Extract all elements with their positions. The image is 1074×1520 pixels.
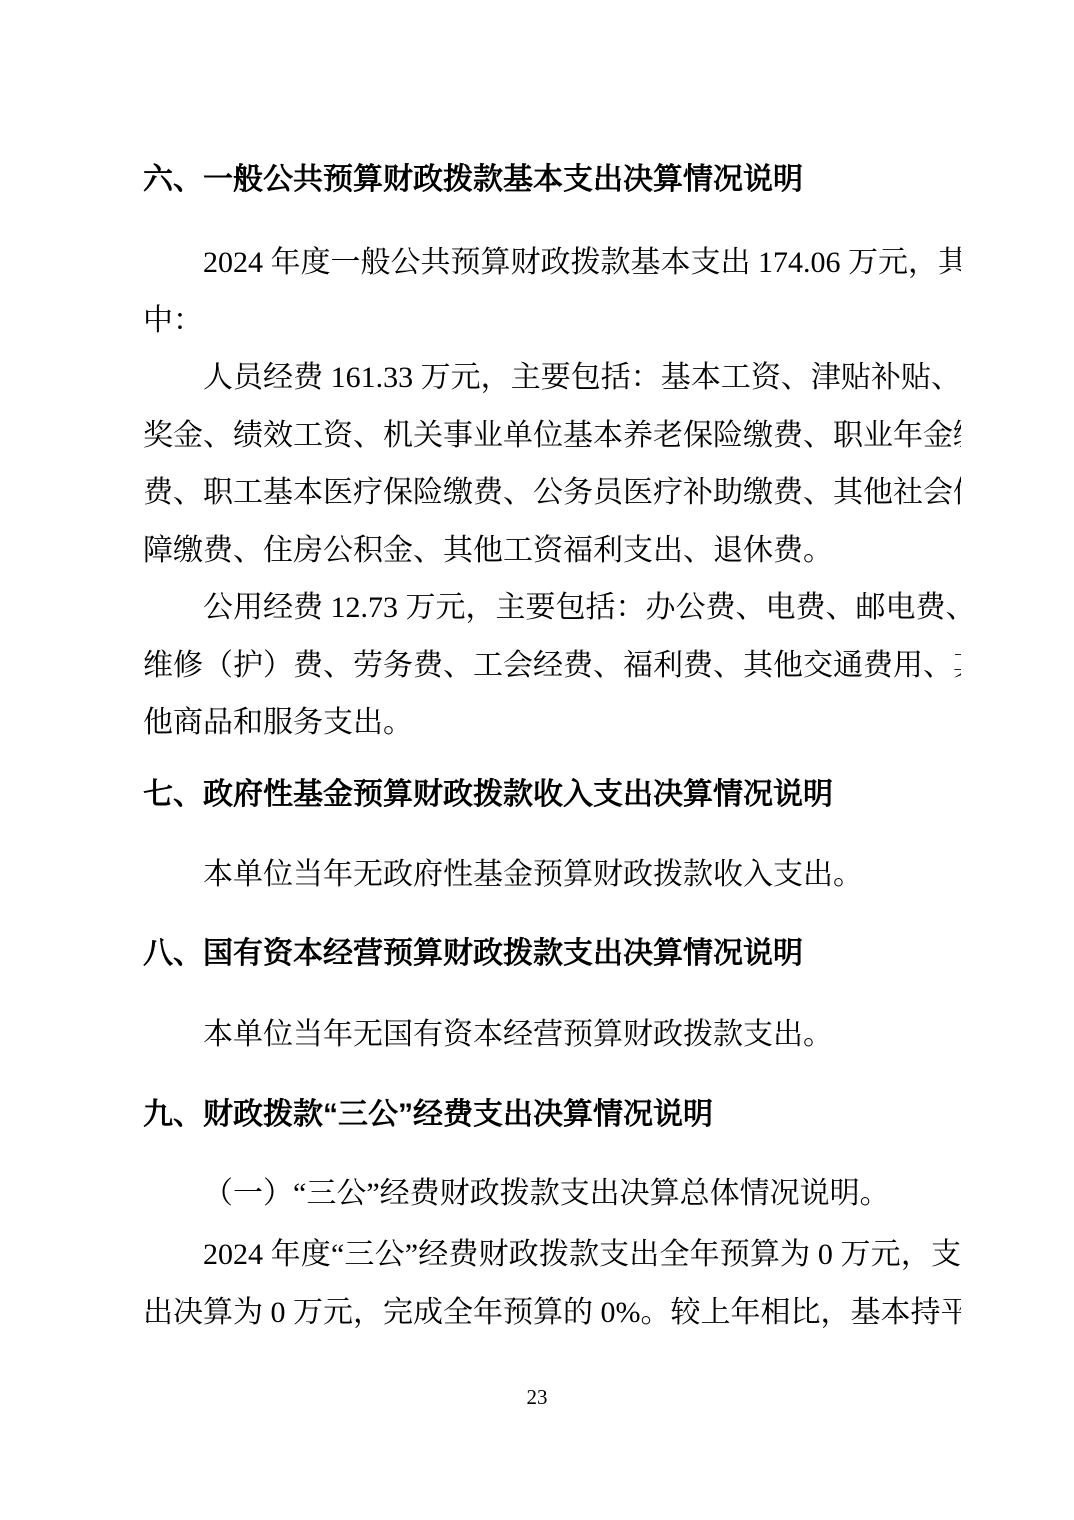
paragraph-line: 中： bbox=[143, 292, 961, 350]
paragraph-sangong-overview-title: （一）“三公”经费财政拨款支出决算总体情况说明。 bbox=[143, 1165, 961, 1223]
paragraph-line: 公用经费 12.73 万元，主要包括：办公费、电费、邮电费、 bbox=[143, 579, 961, 637]
section-heading-7: 七、政府性基金预算财政拨款收入支出决算情况说明 bbox=[143, 775, 961, 815]
section-heading-9: 九、财政拨款“三公”经费支出决算情况说明 bbox=[143, 1095, 961, 1135]
paragraph-basic-expenditure: 2024 年度一般公共预算财政拨款基本支出 174.06 万元，其 中： bbox=[143, 234, 961, 349]
paragraph-line: 奖金、绩效工资、机关事业单位基本养老保险缴费、职业年金缴 bbox=[143, 407, 961, 465]
paragraph-line: 障缴费、住房公积金、其他工资福利支出、退休费。 bbox=[143, 522, 961, 580]
paragraph-line: 本单位当年无政府性基金预算财政拨款收入支出。 bbox=[143, 846, 961, 904]
section-heading-6: 六、一般公共预算财政拨款基本支出决算情况说明 bbox=[143, 160, 961, 200]
paragraph-line: 维修（护）费、劳务费、工会经费、福利费、其他交通费用、其 bbox=[143, 637, 961, 695]
paragraph-line: 2024 年度一般公共预算财政拨款基本支出 174.06 万元，其 bbox=[143, 234, 961, 292]
paragraph-line: 费、职工基本医疗保险缴费、公务员医疗补助缴费、其他社会保 bbox=[143, 464, 961, 522]
paragraph-line: 人员经费 161.33 万元，主要包括：基本工资、津贴补贴、 bbox=[143, 349, 961, 407]
section-heading-8: 八、国有资本经营预算财政拨款支出决算情况说明 bbox=[143, 934, 961, 974]
paragraph-line: 他商品和服务支出。 bbox=[143, 694, 961, 752]
document-body: 六、一般公共预算财政拨款基本支出决算情况说明 2024 年度一般公共预算财政拨款… bbox=[143, 0, 961, 1341]
paragraph-public-funds: 公用经费 12.73 万元，主要包括：办公费、电费、邮电费、 维修（护）费、劳务… bbox=[143, 579, 961, 752]
paragraph-personnel-funds: 人员经费 161.33 万元，主要包括：基本工资、津贴补贴、 奖金、绩效工资、机… bbox=[143, 349, 961, 579]
document-page: 六、一般公共预算财政拨款基本支出决算情况说明 2024 年度一般公共预算财政拨款… bbox=[0, 0, 1074, 1520]
paragraph-line: 2024 年度“三公”经费财政拨款支出全年预算为 0 万元，支 bbox=[143, 1226, 961, 1284]
page-number: 23 bbox=[0, 1384, 1074, 1410]
paragraph-line: 出决算为 0 万元，完成全年预算的 0%。较上年相比，基本持平， bbox=[143, 1284, 961, 1342]
paragraph-line: 本单位当年无国有资本经营预算财政拨款支出。 bbox=[143, 1006, 961, 1064]
paragraph-no-soe-capital: 本单位当年无国有资本经营预算财政拨款支出。 bbox=[143, 1006, 961, 1064]
paragraph-no-gov-fund: 本单位当年无政府性基金预算财政拨款收入支出。 bbox=[143, 846, 961, 904]
paragraph-line: （一）“三公”经费财政拨款支出决算总体情况说明。 bbox=[143, 1165, 961, 1223]
paragraph-sangong-overview-body: 2024 年度“三公”经费财政拨款支出全年预算为 0 万元，支 出决算为 0 万… bbox=[143, 1226, 961, 1341]
